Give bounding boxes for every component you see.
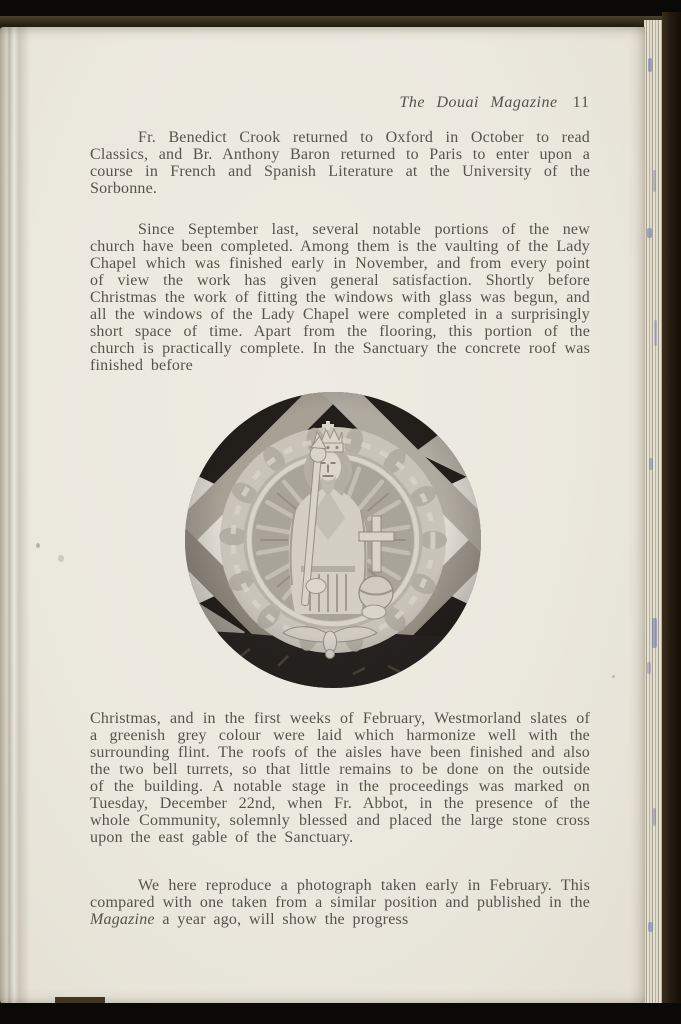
paragraph-text: We here reproduce a photograph taken ear… [90,877,590,911]
page-edge-stain [647,228,652,238]
page-number: 11 [573,94,590,111]
roundel-photograph [183,390,483,690]
scan-background-top [0,0,681,16]
running-header: The Douai Magazine11 [90,94,590,112]
page-edge-stain [647,662,651,674]
foxing-speck [612,675,615,678]
paragraph-fr-benedict: Fr. Benedict Crook returned to Oxford in… [90,129,590,197]
foxing-speck [36,543,40,548]
scan-background-bottom [0,1003,681,1024]
book-cover-top-edge [0,16,681,27]
page-edge-stain [652,618,657,648]
page-edge-stack [644,20,662,1007]
magazine-italic-word: Magazine [90,911,155,928]
page-gutter-shadow [0,27,34,1004]
scanned-book-page: The Douai Magazine11 Fr. Benedict Crook … [0,0,681,1024]
paragraph-text: a year ago, will show the progress [155,911,409,928]
book-cover-right-edge [662,12,681,1012]
page-edge-stain [653,808,656,826]
journal-title: The Douai Magazine [399,94,557,111]
paragraph-church-progress: Since September last, several notable po… [90,221,590,374]
page-edge-stain [648,922,653,932]
carved-roundel-image [183,390,483,690]
book-page: The Douai Magazine11 Fr. Benedict Crook … [0,27,645,1004]
page-edge-stain [648,58,652,72]
page-edge-stain [654,320,657,346]
page-edge-stain [653,170,656,192]
foxing-speck [58,555,64,562]
photo-vignette [185,392,481,688]
paragraph-christmas-slates: Christmas, and in the first weeks of Feb… [90,710,590,846]
page-edge-stain [649,458,653,470]
paragraph-photograph-note: We here reproduce a photograph taken ear… [90,877,590,928]
